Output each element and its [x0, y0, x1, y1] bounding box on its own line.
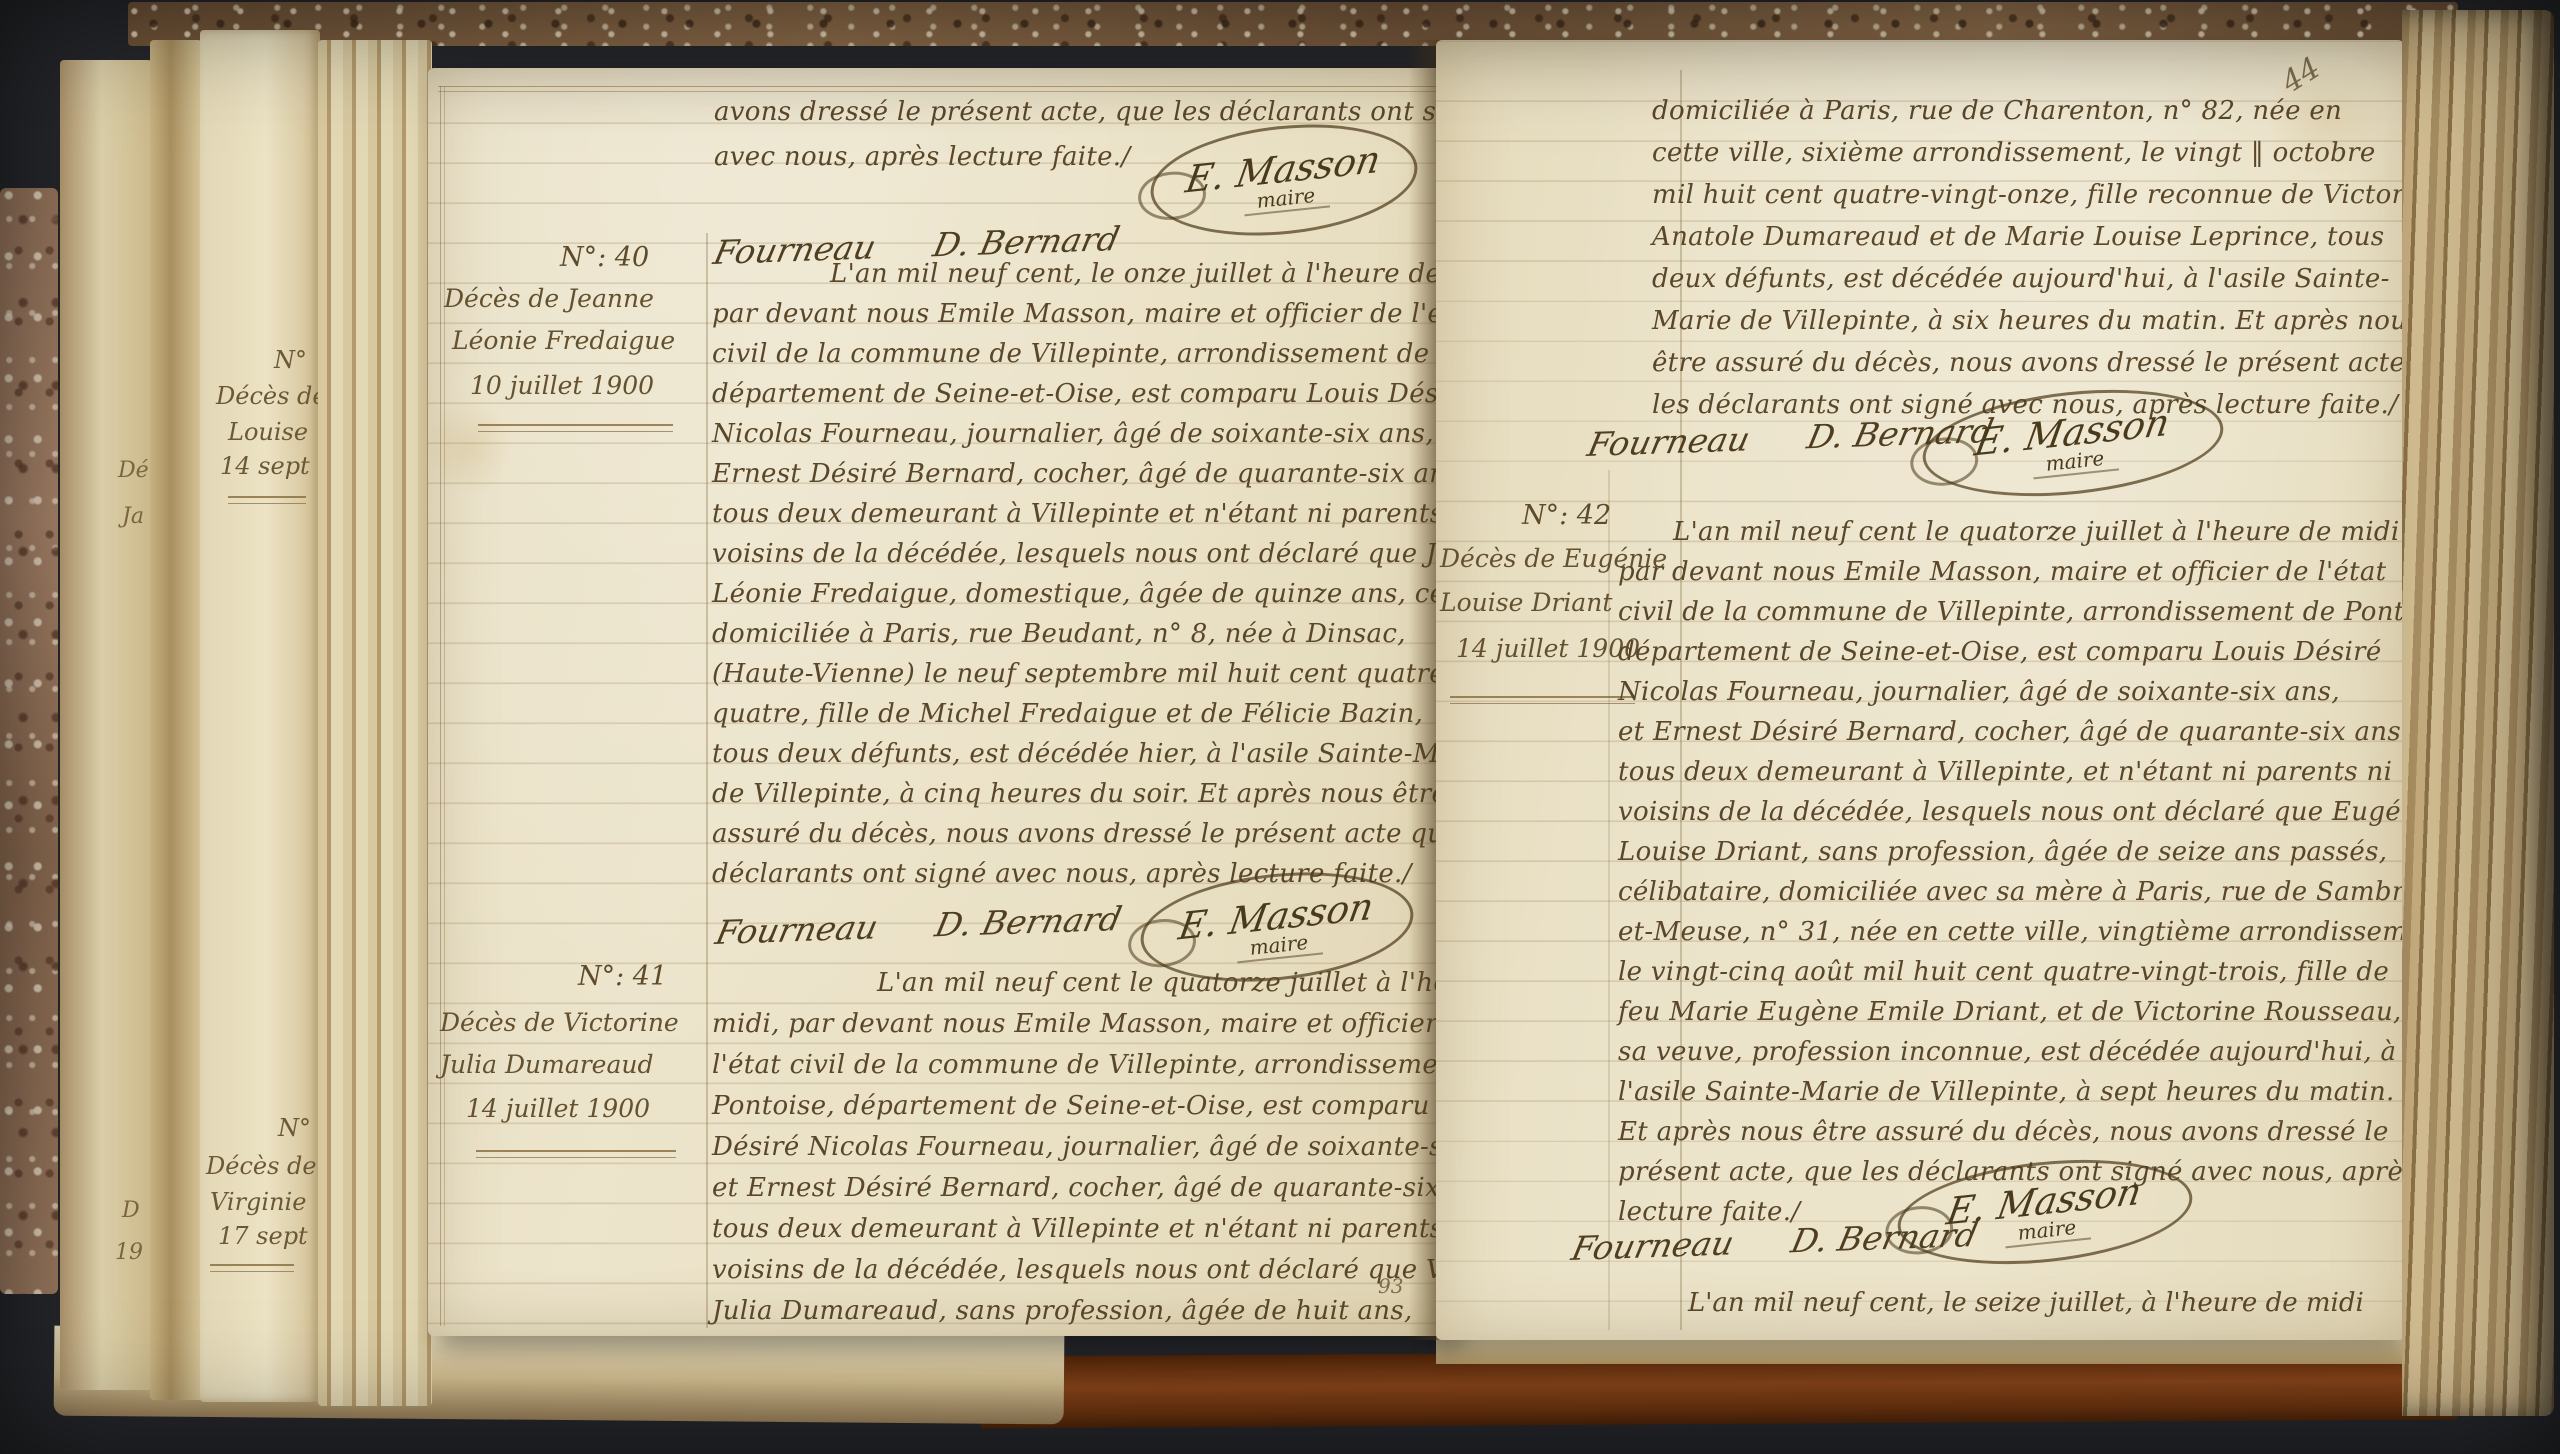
act-body-line: Anatole Dumareaud et de Marie Louise Lep… [1652, 216, 2392, 258]
edge-partial-text: D [122, 1198, 140, 1223]
page-edge-strip-with-notes: N° Décès de Louise 14 sept N° Décès de V… [200, 30, 320, 1402]
page-edge-strip: Dé Ja D 19 [60, 60, 152, 1390]
act-body-line: être assuré du décès, nous avons dressé … [1652, 342, 2392, 384]
edge-partial-text: Ja [122, 504, 144, 529]
edge-note-line: 17 sept [218, 1222, 308, 1250]
act-body-line: de Villepinte, à cinq heures du soir. Et… [712, 774, 1444, 814]
page-edge-strip [318, 40, 432, 1406]
act-margin-name: Décès de Jeanne [444, 284, 654, 313]
act-body-line: et Ernest Désiré Bernard, cocher, âgé de… [712, 1168, 1444, 1209]
act-body-line: sa veuve, profession inconnue, est décéd… [1618, 1032, 2398, 1072]
edge-note-line: Décès de [206, 1152, 317, 1180]
act-43-opening-line: L'an mil neuf cent, le seize juillet, à … [1688, 1288, 2364, 1318]
act-margin-name: Louise Driant [1440, 588, 1612, 617]
edge-note-number: N° [278, 1114, 311, 1142]
edge-note-line: Décès de [216, 382, 327, 410]
act-margin-rule [478, 424, 673, 432]
act-body-line: Nicolas Fourneau, journalier, âgé de soi… [712, 414, 1444, 454]
act-body-line: Pontoise, département de Seine-et-Oise, … [712, 1086, 1444, 1127]
act-body-line: tous deux défunts, est décédée hier, à l… [712, 734, 1444, 774]
act-margin-rule [1450, 696, 1635, 704]
act-body-line: civil de la commune de Villepinte, arron… [1618, 592, 2398, 632]
register-left-page: avons dressé le présent acte, que les dé… [428, 68, 1450, 1336]
act-body-line: mil huit cent quatre-vingt-onze, fille r… [1652, 174, 2392, 216]
edge-note-rule [210, 1264, 294, 1272]
act-body-line: Désiré Nicolas Fourneau, journalier, âgé… [712, 1127, 1444, 1168]
act-number: N°: 41 [578, 961, 667, 992]
act-body-line: Marie de Villepinte, à six heures du mat… [1652, 300, 2392, 342]
register-photo: Dé Ja D 19 N° Décès de Louise 14 sept N°… [0, 0, 2560, 1454]
act-body-line: Julia Dumareaud, sans profession, âgée d… [712, 1291, 1444, 1332]
signature-fourneau: Fourneau [1584, 419, 1753, 464]
act-number: N°: 40 [560, 242, 649, 273]
margin-column-rule [706, 233, 708, 1328]
act-margin-name: Julia Dumareaud [440, 1050, 653, 1079]
act-margin-rule [476, 1150, 676, 1158]
act-margin-date: 10 juillet 1900 [470, 371, 654, 400]
act-body-line: (Haute-Vienne) le neuf septembre mil hui… [712, 654, 1444, 694]
page-frame-line [440, 86, 445, 1326]
edge-note-line: Louise [228, 418, 308, 446]
act-42-body: L'an mil neuf cent le quatorze juillet à… [1618, 512, 2398, 1232]
act-body-line: l'état civil de la commune de Villepinte… [712, 1045, 1444, 1086]
act-margin-name: Léonie Fredaigue [452, 326, 675, 355]
register-right-page: 44 domiciliée à Paris, rue de Charenton,… [1436, 40, 2404, 1340]
act-body-line: deux défunts, est décédée aujourd'hui, à… [1652, 258, 2392, 300]
act-body-line: quatre, fille de Michel Fredaigue et de … [712, 694, 1444, 734]
act-body-line: tous deux demeurant à Villepinte et n'ét… [712, 494, 1444, 534]
act-body-line: midi, par devant nous Emile Masson, mair… [712, 1004, 1444, 1045]
act-body-line: civil de la commune de Villepinte, arron… [712, 334, 1444, 374]
act-body-line: Louise Driant, sans profession, âgée de … [1618, 832, 2398, 872]
act-body-line: Ernest Désiré Bernard, cocher, âgé de qu… [712, 454, 1444, 494]
act-body-line: département de Seine-et-Oise, est compar… [712, 374, 1444, 414]
signature-fourneau: Fourneau [712, 907, 881, 952]
edge-partial-text: 19 [115, 1240, 143, 1265]
act-body-line: tous deux demeurant à Villepinte, et n'é… [1618, 752, 2398, 792]
act-body-line: voisins de la décédée, lesquels nous ont… [1618, 792, 2398, 832]
right-page-stack [2402, 10, 2554, 1416]
signature-bernard: D. Bernard [1788, 1215, 1981, 1260]
act-body-line: l'asile Sainte-Marie de Villepinte, à se… [1618, 1072, 2398, 1112]
act-body-line: département de Seine-et-Oise, est compar… [1618, 632, 2398, 672]
act-body-line: célibataire, domiciliée avec sa mère à P… [1618, 872, 2398, 912]
signature-bernard: D. Bernard [932, 899, 1125, 944]
act-41-continuation: domiciliée à Paris, rue de Charenton, n°… [1652, 90, 2392, 426]
act-body-line: domiciliée à Paris, rue Beudant, n° 8, n… [712, 614, 1444, 654]
act-body-line: tous deux demeurant à Villepinte et n'ét… [712, 1209, 1444, 1250]
act-margin-name: Décès de Victorine [440, 1008, 679, 1037]
marbled-board-edge-left [0, 188, 58, 1294]
act-body-line: L'an mil neuf cent le quatorze juillet à… [1618, 512, 2398, 552]
act-body-line: assuré du décès, nous avons dressé le pr… [712, 814, 1444, 854]
page-edge-strip [150, 40, 202, 1400]
act-body-line: par devant nous Emile Masson, maire et o… [712, 294, 1444, 334]
page-number-pencil: 93 [1378, 1274, 1403, 1298]
act-body-line: voisins de la décédée, lesquels nous ont… [712, 1250, 1444, 1291]
act-body-line: voisins de la décédée, lesquels nous ont… [712, 534, 1444, 574]
page-stack-bottom-right [1436, 1336, 2404, 1364]
signature-fourneau: Fourneau [1568, 1223, 1737, 1268]
act-body-line: Léonie Fredaigue, domestique, âgée de qu… [712, 574, 1444, 614]
act-41-body: L'an mil neuf cent le quatorze juillet à… [712, 963, 1444, 1332]
act-margin-date: 14 juillet 1900 [466, 1094, 650, 1123]
act-body-line: Nicolas Fourneau, journalier, âgé de soi… [1618, 672, 2398, 712]
edge-note-number: N° [274, 346, 307, 374]
act-number: N°: 42 [1522, 500, 1611, 531]
act-body-line: et Ernest Désiré Bernard, cocher, âgé de… [1618, 712, 2398, 752]
act-body-line: le vingt-cinq août mil huit cent quatre-… [1618, 952, 2398, 992]
edge-partial-text: Dé [118, 458, 149, 483]
act-body-line: Et après nous être assuré du décès, nous… [1618, 1112, 2398, 1152]
act-body-line: par devant nous Emile Masson, maire et o… [1618, 552, 2398, 592]
act-40-body: L'an mil neuf cent, le onze juillet à l'… [712, 254, 1444, 894]
act-body-line: L'an mil neuf cent le quatorze juillet à… [712, 963, 1444, 1004]
edge-note-rule [228, 496, 306, 504]
edge-note-line: Virginie [210, 1188, 306, 1216]
act-body-line: domiciliée à Paris, rue de Charenton, n°… [1652, 90, 2392, 132]
act-margin-date: 14 juillet 1900 [1456, 634, 1640, 663]
act-body-line: feu Marie Eugène Emile Driant, et de Vic… [1618, 992, 2398, 1032]
edge-note-line: 14 sept [220, 452, 310, 480]
act-body-line: L'an mil neuf cent, le onze juillet à l'… [712, 254, 1444, 294]
act-body-line: cette ville, sixième arrondissement, le … [1652, 132, 2392, 174]
act-body-line: et-Meuse, n° 31, née en cette ville, vin… [1618, 912, 2398, 952]
